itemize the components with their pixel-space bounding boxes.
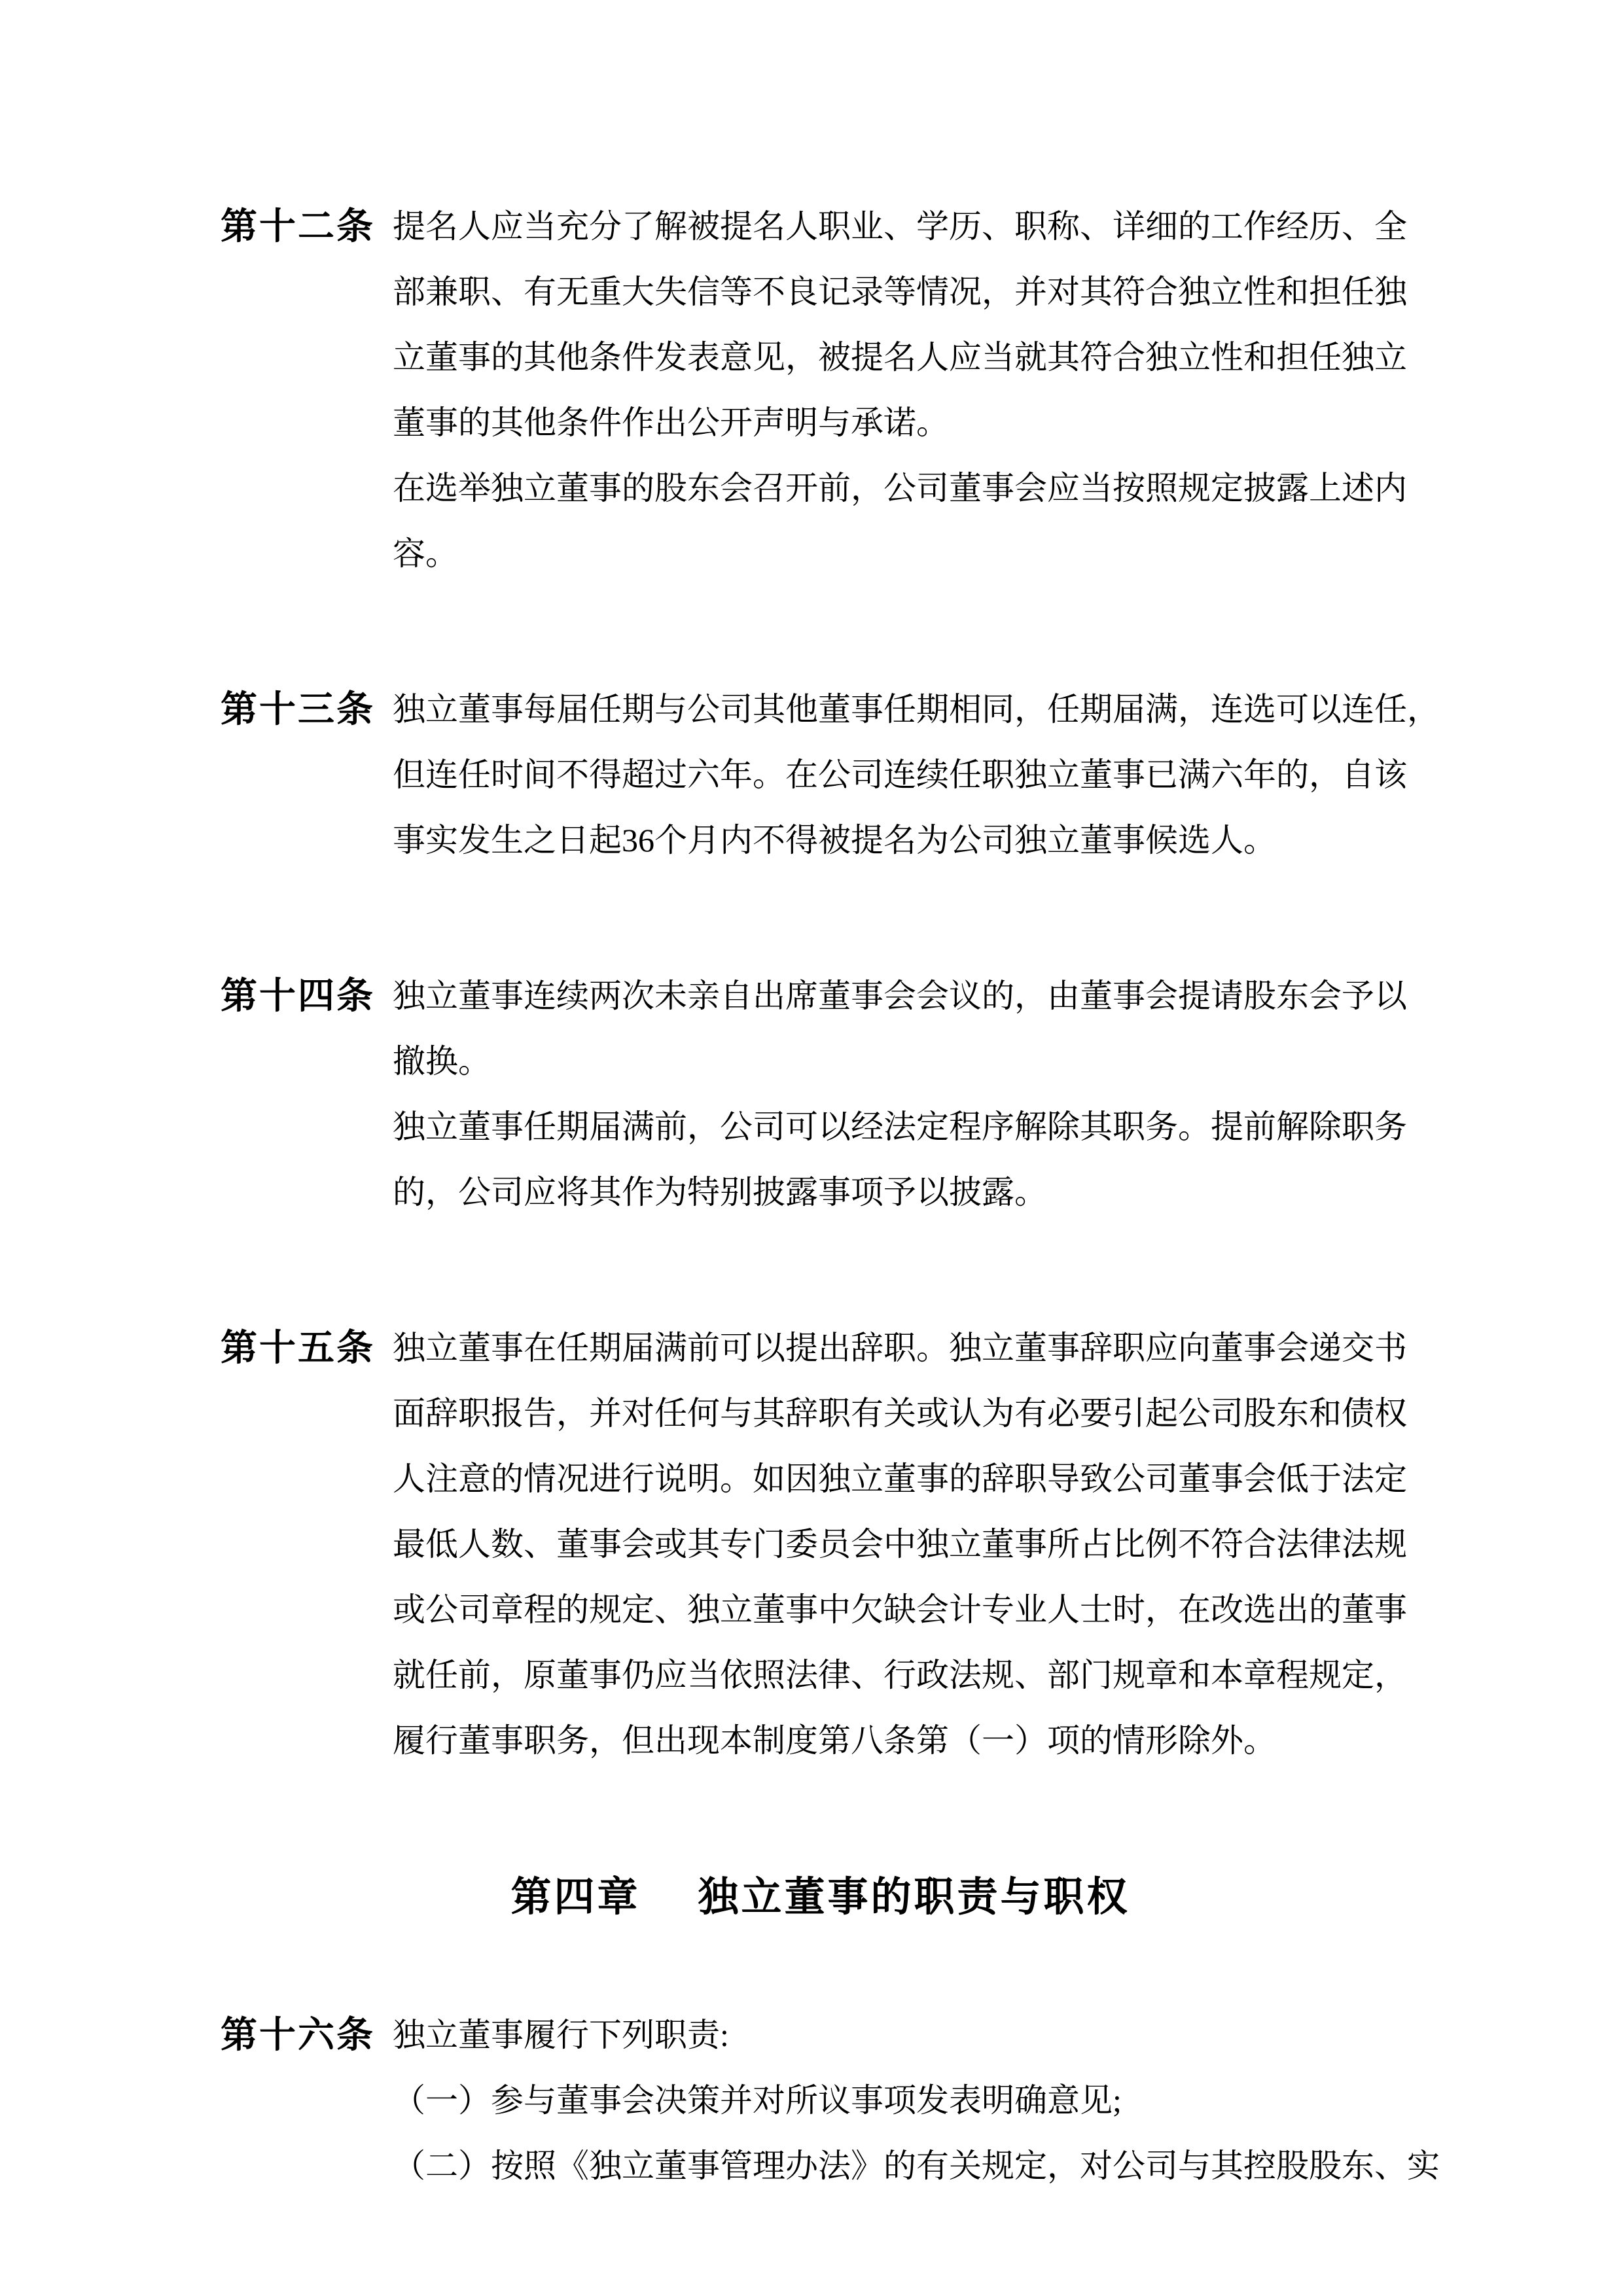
text-line: 容。 xyxy=(393,521,1420,586)
article-body: 独立董事每届任期与公司其他董事任期相同，任期届满，连选可以连任，但连任时间不得超… xyxy=(393,677,1420,873)
chapter-number: 第四章 xyxy=(510,1875,640,1920)
article-body: 提名人应当充分了解被提名人职业、学历、职称、详细的工作经历、全部兼职、有无重大失… xyxy=(393,194,1420,586)
text-line: 就任前，原董事仍应当依照法律、行政法规、部门规章和本章程规定， xyxy=(393,1642,1420,1708)
article-body: 独立董事履行下列职责:（一）参与董事会决策并对所议事项发表明确意见;（二）按照《… xyxy=(393,2002,1420,2199)
text-line: 在选举独立董事的股东会召开前，公司董事会应当按照规定披露上述内 xyxy=(393,455,1420,521)
paragraph: （二）按照《独立董事管理办法》的有关规定，对公司与其控股股东、实 xyxy=(393,2133,1420,2199)
text-line: 最低人数、董事会或其专门委员会中独立董事所占比例不符合法律法规 xyxy=(393,1511,1420,1577)
paragraph: 在选举独立董事的股东会召开前，公司董事会应当按照规定披露上述内容。 xyxy=(393,455,1420,586)
article-body: 独立董事在任期届满前可以提出辞职。独立董事辞职应向董事会递交书面辞职报告，并对任… xyxy=(393,1315,1420,1773)
document-page: 第十二条提名人应当充分了解被提名人职业、学历、职称、详细的工作经历、全部兼职、有… xyxy=(0,0,1623,2296)
text-line: 独立董事每届任期与公司其他董事任期相同，任期届满，连选可以连任， xyxy=(393,677,1420,742)
text-line: 面辞职报告，并对任何与其辞职有关或认为有必要引起公司股东和债权 xyxy=(393,1381,1420,1446)
text-line: （一）参与董事会决策并对所议事项发表明确意见; xyxy=(393,2068,1420,2133)
paragraph: 提名人应当充分了解被提名人职业、学历、职称、详细的工作经历、全部兼职、有无重大失… xyxy=(393,194,1420,455)
text-line: 董事的其他条件作出公开声明与承诺。 xyxy=(393,390,1420,455)
article-number: 第十三条 xyxy=(221,677,393,742)
text-line: 提名人应当充分了解被提名人职业、学历、职称、详细的工作经历、全 xyxy=(393,194,1420,259)
article-number: 第十四条 xyxy=(221,963,393,1029)
paragraph: 独立董事任期届满前，公司可以经法定程序解除其职务。提前解除职务的，公司应将其作为… xyxy=(393,1094,1420,1225)
article-number: 第十六条 xyxy=(221,2002,393,2068)
text-line: 独立董事履行下列职责: xyxy=(393,2002,1420,2068)
paragraph: 独立董事在任期届满前可以提出辞职。独立董事辞职应向董事会递交书面辞职报告，并对任… xyxy=(393,1315,1420,1773)
paragraph: （一）参与董事会决策并对所议事项发表明确意见; xyxy=(393,2068,1420,2133)
article: 第十五条独立董事在任期届满前可以提出辞职。独立董事辞职应向董事会递交书面辞职报告… xyxy=(221,1315,1420,1773)
text-line: 但连任时间不得超过六年。在公司连续任职独立董事已满六年的，自该 xyxy=(393,742,1420,807)
text-line: 事实发生之日起36个月内不得被提名为公司独立董事候选人。 xyxy=(393,807,1420,873)
article: 第十四条独立董事连续两次未亲自出席董事会会议的，由董事会提请股东会予以撤换。独立… xyxy=(221,963,1420,1225)
text-line: 立董事的其他条件发表意见，被提名人应当就其符合独立性和担任独立 xyxy=(393,325,1420,390)
article: 第十三条独立董事每届任期与公司其他董事任期相同，任期届满，连选可以连任，但连任时… xyxy=(221,677,1420,873)
text-line: 独立董事在任期届满前可以提出辞职。独立董事辞职应向董事会递交书 xyxy=(393,1315,1420,1381)
text-line: 的，公司应将其作为特别披露事项予以披露。 xyxy=(393,1159,1420,1225)
paragraph: 独立董事每届任期与公司其他董事任期相同，任期届满，连选可以连任，但连任时间不得超… xyxy=(393,677,1420,873)
text-line: 独立董事任期届满前，公司可以经法定程序解除其职务。提前解除职务 xyxy=(393,1094,1420,1159)
article: 第十二条提名人应当充分了解被提名人职业、学历、职称、详细的工作经历、全部兼职、有… xyxy=(221,194,1420,586)
paragraph: 独立董事履行下列职责: xyxy=(393,2002,1420,2068)
text-line: 人注意的情况进行说明。如因独立董事的辞职导致公司董事会低于法定 xyxy=(393,1446,1420,1511)
text-line: 撤换。 xyxy=(393,1029,1420,1094)
article-number: 第十二条 xyxy=(221,194,393,259)
article: 第十六条独立董事履行下列职责:（一）参与董事会决策并对所议事项发表明确意见;（二… xyxy=(221,2002,1420,2199)
text-line: （二）按照《独立董事管理办法》的有关规定，对公司与其控股股东、实 xyxy=(393,2133,1420,2199)
article-number: 第十五条 xyxy=(221,1315,393,1381)
text-line: 部兼职、有无重大失信等不良记录等情况，并对其符合独立性和担任独 xyxy=(393,259,1420,325)
text-line: 或公司章程的规定、独立董事中欠缺会计专业人士时，在改选出的董事 xyxy=(393,1577,1420,1642)
text-line: 履行董事职务，但出现本制度第八条第（一）项的情形除外。 xyxy=(393,1708,1420,1773)
article-body: 独立董事连续两次未亲自出席董事会会议的，由董事会提请股东会予以撤换。独立董事任期… xyxy=(393,963,1420,1225)
document-content: 第十二条提名人应当充分了解被提名人职业、学历、职称、详细的工作经历、全部兼职、有… xyxy=(221,194,1420,2199)
chapter-title: 独立董事的职责与职权 xyxy=(698,1875,1130,1920)
text-line: 独立董事连续两次未亲自出席董事会会议的，由董事会提请股东会予以 xyxy=(393,963,1420,1029)
chapter-heading: 第四章独立董事的职责与职权 xyxy=(221,1863,1420,1932)
paragraph: 独立董事连续两次未亲自出席董事会会议的，由董事会提请股东会予以撤换。 xyxy=(393,963,1420,1094)
